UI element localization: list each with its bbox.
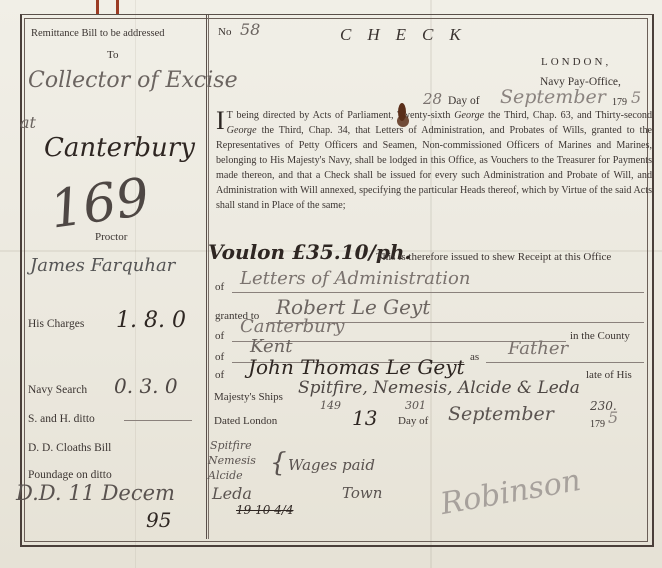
poundage-label: Poundage on ditto [28, 470, 112, 482]
document-title: CHECK [340, 25, 477, 45]
field-label-of: of [215, 331, 224, 342]
late-of-his-label: late of His [586, 370, 632, 381]
place-handwritten: Canterbury [44, 135, 195, 161]
ship-names-handwritten: Spitfire, Nemesis, Alcide & Leda [298, 380, 580, 397]
grantee-place-handwritten: Canterbury [240, 318, 344, 336]
drop-cap: I [216, 109, 225, 133]
his-charges-label: His Charges [28, 319, 84, 331]
as-label: as [470, 352, 479, 363]
s-and-h-label: S. and H. ditto [28, 414, 95, 426]
date-year-print: 179 [612, 98, 627, 108]
relationship-handwritten: Father [508, 340, 568, 358]
to-label: To [107, 50, 118, 61]
footer-year-handwritten: 95 [146, 510, 171, 530]
document-paper: Remittance Bill to be addressed To Colle… [0, 0, 662, 568]
navy-search-value: 0. 3. 0 [114, 376, 178, 396]
document-kind-handwritten: Letters of Administration [240, 270, 470, 288]
in-the-county-label: in the County [570, 331, 630, 342]
date-year-handwritten: 5 [631, 90, 641, 106]
note-ship-2: Nemesis [208, 455, 256, 466]
navy-search-label: Navy Search [28, 385, 87, 397]
date-month-handwritten: September [500, 88, 606, 107]
receipt-statement: This is therefore issued to shew Receipt… [376, 252, 611, 263]
grantee-name-handwritten: Robert Le Geyt [276, 297, 430, 317]
check-number-handwritten: 58 [240, 22, 260, 38]
leda-note: Leda [212, 486, 252, 502]
ship-number-2: 301 [405, 400, 426, 411]
dated-year-print: 179 [590, 420, 605, 430]
at-handwritten: at [20, 115, 36, 131]
note-ship-1: Spitfire [210, 440, 252, 451]
proctor-label: Proctor [95, 232, 127, 243]
field-label-of: of [215, 352, 224, 363]
remittance-header: Remittance Bill to be addressed [31, 29, 165, 40]
proctor-name-handwritten: James Farquhar [30, 257, 175, 275]
county-handwritten: Kent [250, 338, 292, 356]
his-charges-value: 1. 8. 0 [116, 310, 186, 332]
ship-number-1: 149 [320, 400, 341, 411]
bill-number-handwritten: 169 [47, 171, 153, 236]
dated-day-handwritten: 13 [352, 408, 377, 428]
number-label: No [218, 27, 231, 38]
wages-paid-note: Wages paid [288, 458, 375, 473]
footer-date-handwritten: D.D. 11 Decem [16, 483, 175, 504]
field-label-of: of [215, 370, 224, 381]
ink-stain [397, 115, 409, 127]
brace-mark: { [270, 450, 287, 476]
majestys-ships-label: Majesty's Ships [214, 392, 283, 403]
statute-body-text: IT being directed by Acts of Parliament,… [216, 108, 652, 213]
field-label-of: of [215, 282, 224, 293]
note-ship-3: Alcide [208, 470, 243, 481]
city-label: LONDON, [541, 57, 611, 68]
figures-note: 19 10 4/4 [236, 504, 293, 516]
s-and-h-dash [124, 420, 192, 421]
town-note: Town [342, 486, 382, 501]
wax-seal-mark [116, 0, 119, 14]
dated-year-handwritten: 5 [608, 410, 618, 426]
field-line [232, 292, 644, 293]
wax-seal-mark [96, 0, 99, 14]
addressee-handwritten: Collector of Excise [28, 70, 238, 92]
cloaths-bill-label: D. D. Cloaths Bill [28, 443, 111, 455]
dated-day-label: Day of [398, 416, 428, 427]
deceased-name-handwritten: John Thomas Le Geyt [248, 357, 465, 377]
date-day-handwritten: 28 [423, 92, 442, 107]
dated-london-label: Dated London [214, 416, 277, 427]
date-day-label: Day of [448, 96, 480, 108]
dated-month-handwritten: September [448, 405, 554, 424]
field-line [486, 362, 644, 363]
